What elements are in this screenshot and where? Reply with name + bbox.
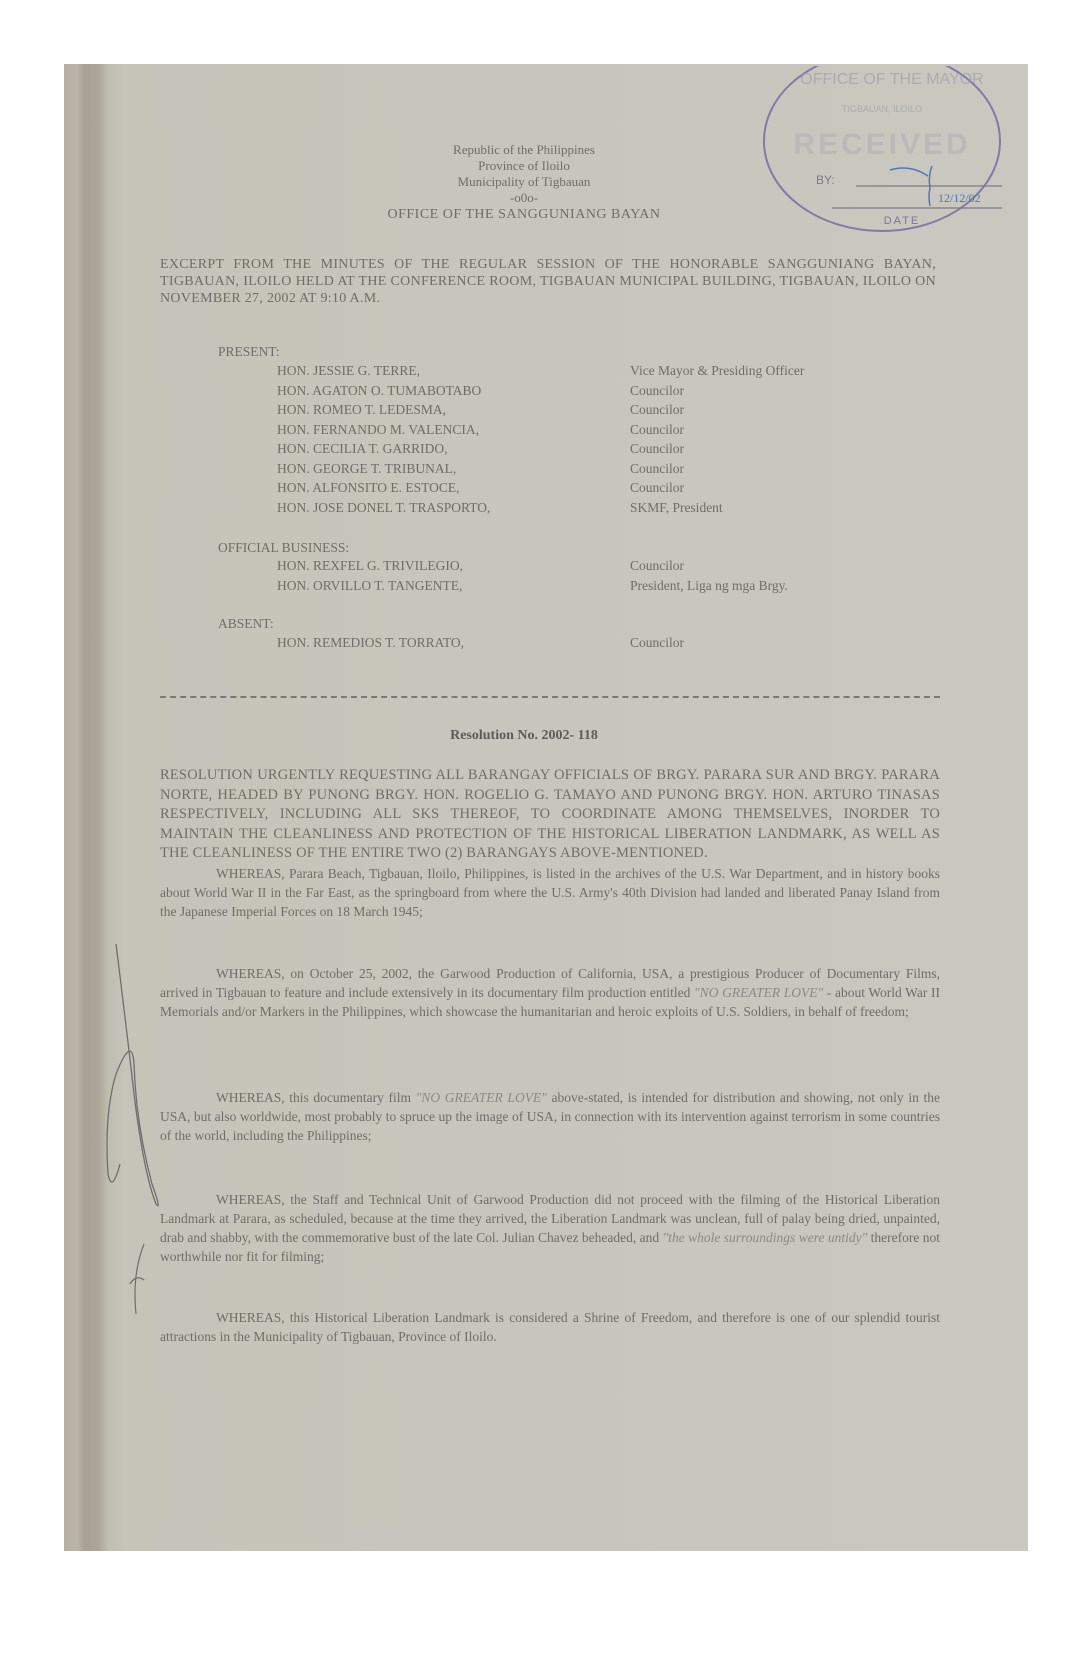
whereas-paragraph: WHEREAS, Parara Beach, Tigbauan, Iloilo,… bbox=[160, 864, 940, 921]
present-label: PRESENT: bbox=[218, 344, 280, 360]
attendee-name: HON. JESSIE G. TERRE, bbox=[277, 363, 420, 379]
attendee-name: HON. CECILIA T. GARRIDO, bbox=[277, 441, 448, 457]
quoted-title: "the whole surroundings were untidy" bbox=[663, 1230, 868, 1245]
attendee-role: Councilor bbox=[630, 558, 684, 574]
attendee-role: Councilor bbox=[630, 383, 684, 399]
attendee-row: HON. REXFEL G. TRIVILEGIO,Councilor bbox=[277, 558, 937, 578]
stamp-date-label: DATE bbox=[884, 215, 921, 227]
attendee-row: HON. ORVILLO T. TANGENTE,President, Liga… bbox=[277, 578, 937, 598]
attendee-row: HON. REMEDIOS T. TORRATO,Councilor bbox=[277, 635, 937, 655]
attendee-row: HON. JOSE DONEL T. TRASPORTO,SKMF, Presi… bbox=[277, 500, 937, 520]
header-municipality: Municipality of Tigbauan bbox=[364, 174, 684, 190]
stamp-location: TIGBAUAN, ILOILO bbox=[842, 104, 922, 114]
header-republic: Republic of the Philippines bbox=[364, 142, 684, 158]
official-business-label: OFFICIAL BUSINESS: bbox=[218, 540, 349, 556]
attendee-name: HON. REMEDIOS T. TORRATO, bbox=[277, 635, 464, 651]
document-page: OFFICE OF THE MAYOR TIGBAUAN, ILOILO REC… bbox=[64, 64, 1028, 1551]
whereas-paragraph: WHEREAS, on October 25, 2002, the Garwoo… bbox=[160, 964, 940, 1021]
absent-label: ABSENT: bbox=[218, 616, 274, 632]
stamp-arc-text: OFFICE OF THE MAYOR bbox=[800, 71, 983, 88]
attendee-row: HON. ALFONSITO E. ESTOCE,Councilor bbox=[277, 480, 937, 500]
quoted-title: "NO GREATER LOVE" bbox=[416, 1090, 547, 1105]
attendee-row: HON. GEORGE T. TRIBUNAL,Councilor bbox=[277, 461, 937, 481]
stamp-by-label: BY: bbox=[816, 173, 835, 187]
whereas-paragraph: WHEREAS, this documentary film "NO GREAT… bbox=[160, 1088, 940, 1145]
header-province: Province of Iloilo bbox=[364, 158, 684, 174]
attendee-name: HON. GEORGE T. TRIBUNAL, bbox=[277, 461, 456, 477]
attendee-name: HON. REXFEL G. TRIVILEGIO, bbox=[277, 558, 463, 574]
margin-signature bbox=[86, 944, 166, 1314]
letterhead: Republic of the Philippines Province of … bbox=[364, 142, 684, 223]
attendee-name: HON. JOSE DONEL T. TRASPORTO, bbox=[277, 500, 490, 516]
attendee-row: HON. JESSIE G. TERRE,Vice Mayor & Presid… bbox=[277, 363, 937, 383]
attendee-role: Vice Mayor & Presiding Officer bbox=[630, 363, 804, 379]
section-divider bbox=[160, 696, 940, 698]
paragraph-text: WHEREAS, this documentary film bbox=[216, 1090, 416, 1105]
quoted-title: "NO GREATER LOVE" bbox=[694, 985, 823, 1000]
attendee-name: HON. FERNANDO M. VALENCIA, bbox=[277, 422, 479, 438]
attendee-name: HON. ALFONSITO E. ESTOCE, bbox=[277, 480, 460, 496]
attendee-role: Councilor bbox=[630, 441, 684, 457]
header-office: OFFICE OF THE SANGGUNIANG BAYAN bbox=[364, 207, 684, 223]
paragraph-text: WHEREAS, Parara Beach, Tigbauan, Iloilo,… bbox=[160, 866, 940, 919]
resolution-title: RESOLUTION URGENTLY REQUESTING ALL BARAN… bbox=[160, 766, 940, 864]
attendee-role: SKMF, President bbox=[630, 500, 723, 516]
attendee-role: Councilor bbox=[630, 480, 684, 496]
received-stamp: OFFICE OF THE MAYOR TIGBAUAN, ILOILO REC… bbox=[752, 66, 1002, 236]
attendee-name: HON. ROMEO T. LEDESMA, bbox=[277, 402, 446, 418]
attendee-role: Councilor bbox=[630, 402, 684, 418]
whereas-paragraph: WHEREAS, the Staff and Technical Unit of… bbox=[160, 1190, 940, 1266]
attendee-row: HON. FERNANDO M. VALENCIA,Councilor bbox=[277, 422, 937, 442]
whereas-paragraph: WHEREAS, this Historical Liberation Land… bbox=[160, 1308, 940, 1346]
attendee-role: Councilor bbox=[630, 422, 684, 438]
resolution-number: Resolution No. 2002- 118 bbox=[364, 728, 684, 744]
attendee-name: HON. AGATON O. TUMABOTABO bbox=[277, 383, 481, 399]
attendee-row: HON. ROMEO T. LEDESMA,Councilor bbox=[277, 402, 937, 422]
stamp-status: RECEIVED bbox=[793, 128, 970, 161]
attendee-row: HON. AGATON O. TUMABOTABOCouncilor bbox=[277, 383, 937, 403]
attendee-row: HON. CECILIA T. GARRIDO,Councilor bbox=[277, 441, 937, 461]
attendee-role: President, Liga ng mga Brgy. bbox=[630, 578, 788, 594]
header-separator: -o0o- bbox=[364, 190, 684, 206]
minutes-excerpt: EXCERPT FROM THE MINUTES OF THE REGULAR … bbox=[160, 256, 936, 307]
attendee-name: HON. ORVILLO T. TANGENTE, bbox=[277, 578, 462, 594]
attendee-role: Councilor bbox=[630, 635, 684, 651]
attendee-role: Councilor bbox=[630, 461, 684, 477]
stamp-date-value: 12/12/02 bbox=[938, 191, 981, 205]
paragraph-text: WHEREAS, this Historical Liberation Land… bbox=[160, 1310, 940, 1344]
